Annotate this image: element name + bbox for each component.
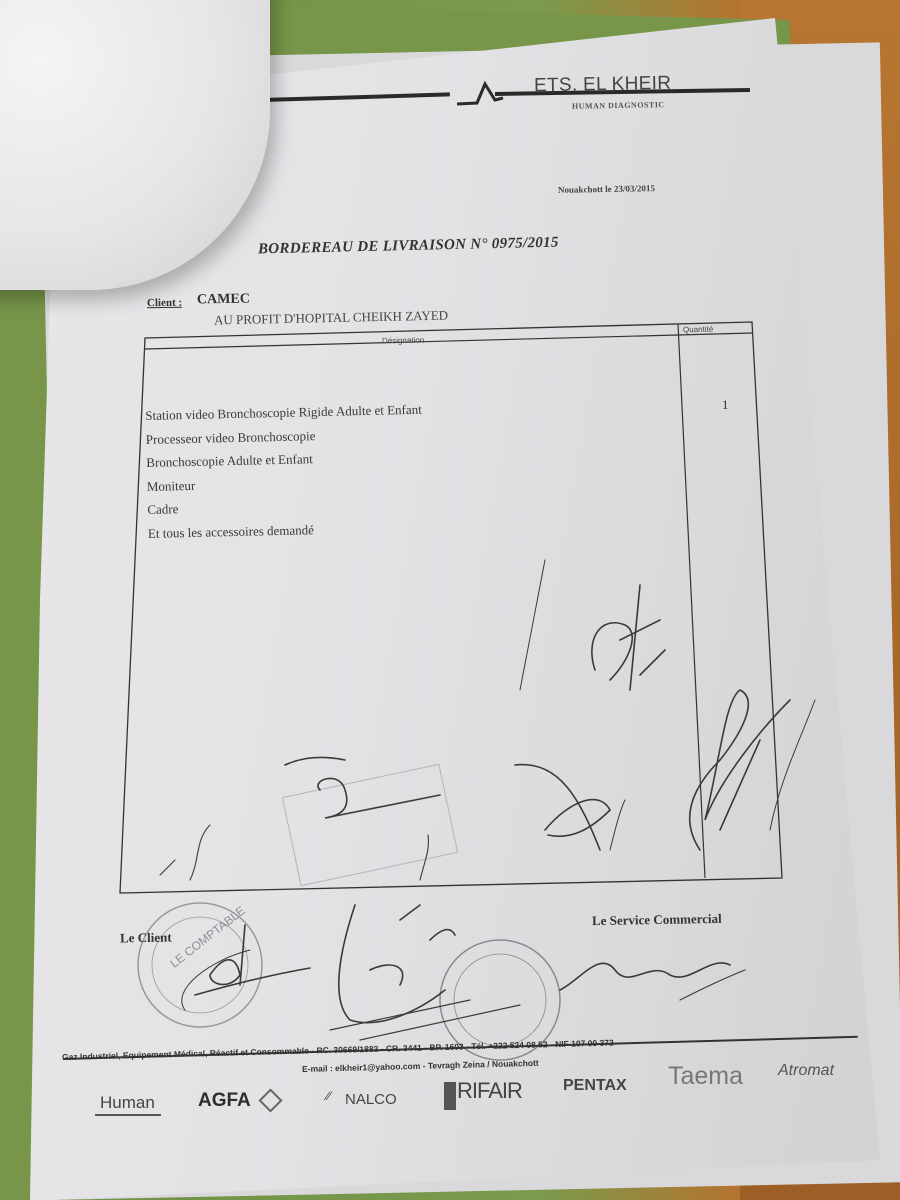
nalco-mark-icon: ⁄⁄ [326, 1088, 330, 1104]
logo-pentax: PENTAX [563, 1077, 627, 1095]
logo-human-underline [95, 1114, 161, 1116]
client-signature-label: Le Client [120, 930, 172, 947]
company-tagline: HUMAN DIAGNOSTIC [572, 100, 665, 111]
commercial-signature-label: Le Service Commercial [592, 911, 722, 929]
quantity-value: 1 [722, 397, 729, 413]
client-label: Client : [147, 297, 182, 310]
logo-agfa: AGFA [198, 1090, 251, 1112]
column-header-quantity: Quantité [683, 325, 713, 335]
rifair-bar-icon [444, 1082, 456, 1110]
logo-human: Human [100, 1093, 155, 1113]
logo-rifair: RIFAIR [457, 1078, 522, 1104]
place-date: Nouakchott le 23/03/2015 [558, 183, 655, 195]
company-name: ETS. EL KHEIR [534, 73, 672, 97]
logo-taema: Taema [668, 1062, 743, 1091]
client-name: CAMEC [197, 292, 250, 309]
logo-nalco: NALCO [345, 1091, 397, 1108]
logo-atromat: Atromat [778, 1062, 834, 1080]
column-header-designation: Désignation [382, 336, 424, 346]
items-list: Station video Bronchoscopie Rigide Adult… [145, 398, 425, 545]
